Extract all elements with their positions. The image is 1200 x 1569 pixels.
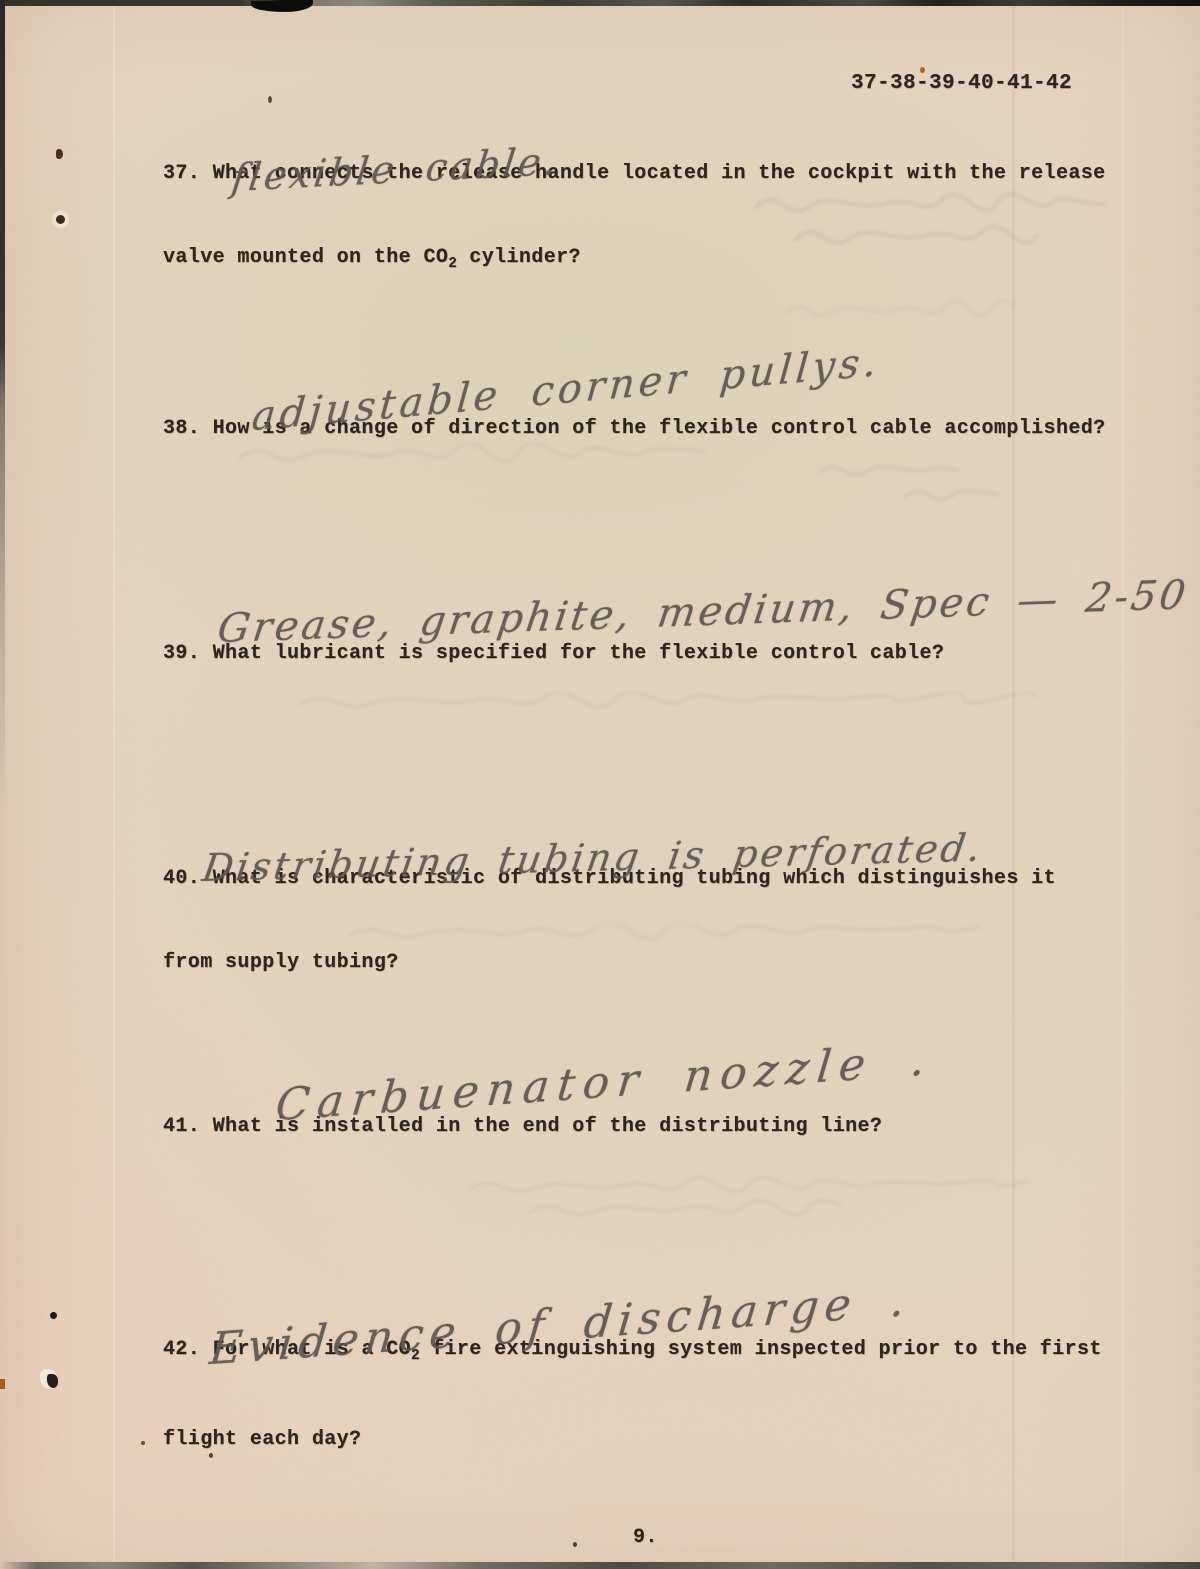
scan-edge-left <box>0 0 5 1569</box>
ink-speck <box>56 149 63 159</box>
ink-speck <box>268 96 272 103</box>
ink-speck <box>0 1379 5 1389</box>
scan-edge-bottom <box>0 1562 1200 1569</box>
scan-seam <box>1122 0 1124 1569</box>
page-header-reference: 37-38-39-40-41-42 <box>851 70 1072 98</box>
ink-speck <box>50 1312 57 1319</box>
question-37: 37. What connects the release handle loc… <box>163 104 1106 334</box>
question-42-line2: flight each day? <box>163 1426 1102 1454</box>
ink-speck <box>141 1441 145 1445</box>
co2-subscript: 2 <box>448 256 457 272</box>
scan-edge-blob <box>251 0 313 13</box>
ink-speck <box>56 215 65 224</box>
page-number: 9. <box>633 1524 658 1552</box>
scan-seam <box>113 0 115 1569</box>
scanned-document-page: 37-38-39-40-41-42 37. What connects the … <box>0 0 1200 1569</box>
ink-speck <box>47 1374 58 1388</box>
scan-edge-top <box>0 0 1200 6</box>
ink-speck <box>573 1542 577 1547</box>
question-37-line2: valve mounted on the CO2 cylinder? <box>163 244 1106 278</box>
question-41-line1: 41. What is installed in the end of the … <box>163 1113 882 1141</box>
question-40-line2: from supply tubing? <box>163 949 1056 977</box>
